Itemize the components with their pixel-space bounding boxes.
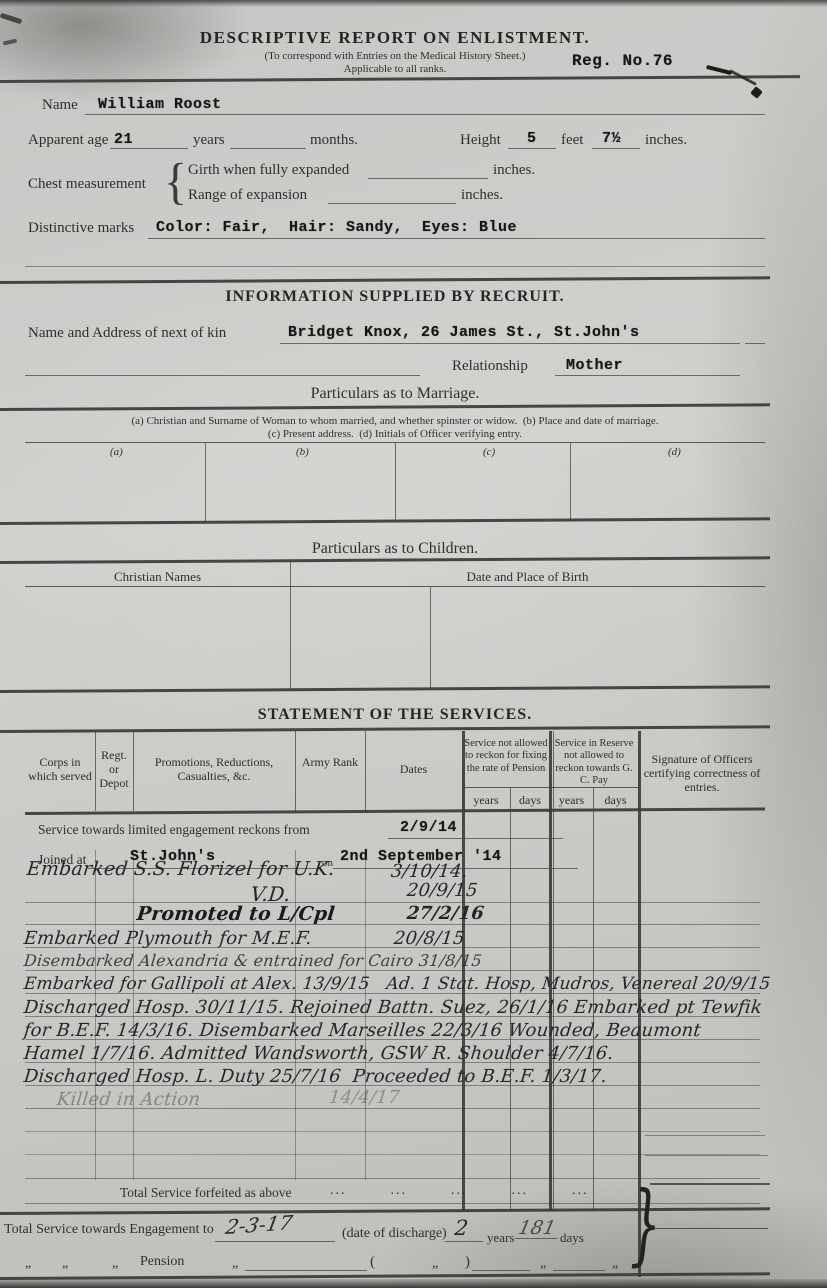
row-rule <box>650 1183 770 1185</box>
forfeited-label: Total Service forfeited as above <box>120 1185 291 1201</box>
underline <box>388 838 563 839</box>
service-entry: for B.E.F. 14/3/16. Disembarked Marseill… <box>23 1020 702 1041</box>
corner-smudge <box>0 13 22 25</box>
row-rule <box>25 1131 760 1132</box>
underline <box>745 343 765 344</box>
range-label: Range of expansion <box>188 187 307 204</box>
next-of-kin-label: Name and Address of next of kin <box>28 325 226 342</box>
service-entry-date: 14/4/17 <box>328 1087 401 1108</box>
service-entry: Embarked S.S. Florizel for U.K. <box>26 858 336 880</box>
top-edge-shadow <box>0 0 827 7</box>
forfeited-dots: ... ... ... ... ... <box>330 1183 589 1199</box>
height-feet-value: 5 <box>527 130 537 147</box>
row-rule <box>645 1135 765 1136</box>
scanned-enlistment-form: DESCRIPTIVE REPORT ON ENLISTMENT. (To co… <box>0 0 827 1288</box>
row-rule <box>25 970 760 971</box>
pension-years-label: years <box>462 793 510 807</box>
service-entry: Promoted to L/Cpl <box>136 903 336 925</box>
underline <box>85 114 765 115</box>
ditto-mark: „ <box>612 1256 618 1272</box>
service-entry: Hamel 1/7/16. Admitted Wandsworth, GSW R… <box>23 1043 615 1064</box>
relationship-label: Relationship <box>452 358 528 375</box>
table-rule <box>549 731 552 1211</box>
ditto-mark: „ <box>25 1256 31 1272</box>
table-rule <box>553 731 554 1211</box>
relationship-value: Mother <box>566 357 623 374</box>
bottom-edge-band <box>0 1279 827 1288</box>
rule <box>25 266 765 267</box>
underline <box>110 148 188 149</box>
children-col-birth: Date and Place of Birth <box>290 569 765 585</box>
pension-label: Pension <box>140 1254 184 1270</box>
rule <box>0 725 770 733</box>
underline <box>368 178 488 179</box>
services-title: STATEMENT OF THE SERVICES. <box>0 706 790 724</box>
pen-mark-arrowhead <box>750 86 763 99</box>
table-rule <box>395 443 396 521</box>
underline <box>215 1241 335 1242</box>
marriage-col-d: (d) <box>668 446 681 458</box>
years-value: 2 <box>453 1216 469 1240</box>
closing-brace: } <box>630 1180 661 1268</box>
marriage-col-b: (b) <box>296 446 309 458</box>
ditto-mark: „ <box>112 1256 118 1272</box>
years-word: years <box>193 132 225 149</box>
underline <box>553 1270 605 1271</box>
reserve-years-label: years <box>550 793 593 807</box>
services-col-pension: Service not allowed to reckon for fixing… <box>464 738 548 775</box>
underline <box>445 1241 483 1242</box>
underline <box>508 148 556 149</box>
height-inches-value: 7½ <box>602 130 621 147</box>
table-rule <box>570 443 571 521</box>
rule <box>25 586 765 587</box>
close-paren: ) <box>465 1254 470 1271</box>
service-entry: Discharged Hosp. L. Duty 25/7/16 Proceed… <box>23 1066 608 1087</box>
reg-no: Reg. No.76 <box>572 52 673 70</box>
underline <box>515 1238 557 1239</box>
children-title: Particulars as to Children. <box>0 540 790 558</box>
underline <box>592 148 640 149</box>
service-entry-date: 20/8/15 <box>393 928 466 949</box>
years-word: years <box>487 1230 514 1246</box>
services-col-signature: Signature of Officers certifying correct… <box>642 752 762 794</box>
services-col-corps: Corps in which served <box>27 755 93 783</box>
service-entry-date: 3/10/14. <box>390 861 469 882</box>
engagement-date-value: 2-3-17 <box>224 1210 295 1239</box>
girth-unit: inches. <box>493 162 535 179</box>
days-word: days <box>560 1230 584 1246</box>
feet-word: feet <box>561 132 583 149</box>
marriage-col-a: (a) <box>110 446 123 458</box>
marriage-note-1: (a) Christian and Surname of Woman to wh… <box>0 415 790 427</box>
ditto-mark: „ <box>62 1256 68 1272</box>
underline <box>555 375 740 376</box>
children-col-names: Christian Names <box>25 569 290 585</box>
table-rule <box>430 587 431 690</box>
recruit-section-title: INFORMATION SUPPLIED BY RECRUIT. <box>0 288 790 306</box>
days-value: 181 <box>516 1217 558 1239</box>
underline <box>230 148 306 149</box>
underline <box>328 203 456 204</box>
inches-word: inches. <box>645 132 687 149</box>
months-word: months. <box>310 132 358 149</box>
form-title: DESCRIPTIVE REPORT ON ENLISTMENT. <box>0 28 790 48</box>
underline <box>148 238 765 239</box>
services-col-rank: Army Rank <box>297 755 363 769</box>
marriage-note-2: (c) Present address. (d) Initials of Off… <box>0 428 790 440</box>
rule <box>0 685 770 693</box>
service-entry: Embarked for Gallipoli at Alex. 13/9/15 … <box>23 974 772 994</box>
services-col-reserve: Service in Reserve not allowed to reckon… <box>552 738 636 788</box>
service-entry: Embarked Plymouth for M.E.F. <box>23 928 313 949</box>
row-rule <box>655 1228 768 1229</box>
service-entry: Killed in Action <box>56 1089 202 1110</box>
services-col-dates: Dates <box>367 762 460 776</box>
table-rule <box>295 731 296 811</box>
pension-days-label: days <box>510 793 550 807</box>
range-unit: inches. <box>461 187 503 204</box>
rule <box>0 75 800 83</box>
marks-value: Color: Fair, Hair: Sandy, Eyes: Blue <box>156 219 517 236</box>
name-value: William Roost <box>98 96 222 113</box>
discharge-label: (date of discharge) <box>342 1226 447 1242</box>
name-label: Name <box>42 97 78 114</box>
services-col-regt: Regt. or Depot <box>96 748 132 790</box>
service-entry: Discharged Hosp. 30/11/15. Rejoined Batt… <box>23 997 763 1018</box>
age-years-value: 21 <box>114 131 133 148</box>
table-rule <box>462 731 465 1211</box>
service-entry-date: 20/9/15 <box>406 880 479 901</box>
table-rule <box>95 731 96 811</box>
service-entry-date: 27/2/16 <box>406 903 485 924</box>
underline <box>245 1270 367 1271</box>
underline <box>25 375 420 376</box>
table-rule <box>365 731 366 811</box>
next-of-kin-value: Bridget Knox, 26 James St., St.John's <box>288 324 640 341</box>
underline <box>280 343 740 344</box>
services-col-promotions: Promotions, Reductions, Casualties, &c. <box>136 755 292 783</box>
marriage-col-c: (c) <box>483 446 495 458</box>
reckons-value: 2/9/14 <box>400 819 457 836</box>
rule <box>0 276 770 284</box>
row-rule <box>645 1155 768 1156</box>
rule <box>0 403 770 411</box>
height-label: Height <box>460 132 501 149</box>
rule <box>0 517 770 525</box>
girth-label: Girth when fully expanded <box>188 162 349 179</box>
marks-label: Distinctive marks <box>28 220 134 237</box>
marriage-title: Particulars as to Marriage. <box>0 385 790 403</box>
ditto-mark: „ <box>232 1256 238 1272</box>
rule <box>25 807 765 815</box>
table-rule <box>205 443 206 521</box>
table-rule <box>133 731 134 811</box>
chest-brace: { <box>164 153 187 211</box>
apparent-age-label: Apparent age <box>28 132 108 149</box>
ditto-mark: „ <box>540 1256 546 1272</box>
chest-label: Chest measurement <box>28 176 146 193</box>
underline <box>472 1270 530 1271</box>
ditto-mark: „ <box>432 1256 438 1272</box>
engagement-label: Total Service towards Engagement to <box>4 1222 214 1238</box>
table-rule <box>290 562 291 690</box>
open-paren: ( <box>370 1254 375 1271</box>
reserve-days-label: days <box>593 793 638 807</box>
service-entry: Disembarked Alexandria & entrained for C… <box>23 951 483 970</box>
row-rule <box>25 902 760 903</box>
reckons-label: Service towards limited engagement recko… <box>38 822 310 838</box>
